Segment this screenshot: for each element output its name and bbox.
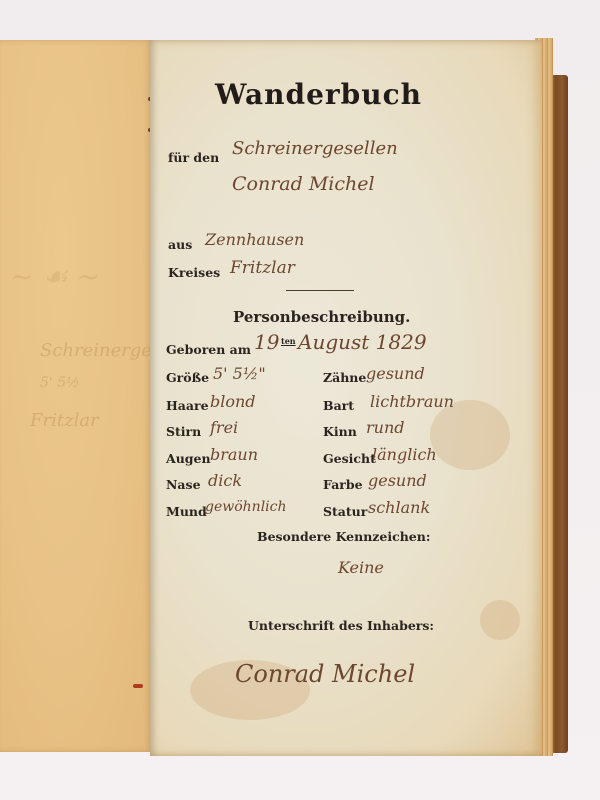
field-label-mund: Mund [166, 504, 207, 519]
left-page: ~ ☙ ~ Schreinergesellen 5' 5½ Fritzlar [0, 40, 153, 752]
field-label-kinn: Kinn [323, 424, 357, 439]
field-label-gesicht: Gesicht [323, 451, 376, 466]
field-value-groesse: 5' 5½" [213, 364, 266, 383]
ghost-text: Fritzlar [30, 410, 99, 431]
field-value-kinn: rund [366, 418, 405, 437]
kennzeichen-value: Keine [338, 558, 384, 577]
name-handwritten: Conrad Michel [232, 173, 375, 195]
geboren-label: Geboren am [166, 342, 251, 357]
birth-month-year: August 1829 [298, 330, 427, 354]
trade-handwritten: Schreinergesellen [232, 138, 398, 159]
field-label-augen: Augen [166, 451, 211, 466]
kennzeichen-label: Besondere Kennzeichen: [257, 529, 430, 544]
field-value-gesicht: länglich [372, 445, 437, 464]
field-label-zaehne: Zähne [323, 370, 366, 385]
ghost-ornament: ~ ☙ ~ [10, 260, 100, 293]
section-title: Personbeschreibung. [233, 308, 410, 326]
aus-label: aus [168, 237, 192, 252]
kreises-label: Kreises [168, 265, 220, 280]
fuer-den-label: für den [168, 150, 219, 165]
field-value-mund: gewöhnlich [205, 499, 287, 515]
ghost-text: 5' 5½ [40, 375, 80, 391]
field-value-zaehne: gesund [366, 364, 425, 383]
holder-signature: Conrad Michel [235, 660, 415, 688]
birth-day-suffix: ten [281, 336, 296, 346]
field-label-nase: Nase [166, 477, 201, 492]
field-label-statur: Statur [323, 504, 367, 519]
field-label-groesse: Größe [166, 370, 209, 385]
signature-label: Unterschrift des Inhabers: [248, 618, 434, 633]
field-value-haare: blond [210, 392, 256, 411]
kreises-handwritten: Fritzlar [230, 258, 295, 278]
birth-day: 19 [254, 330, 279, 354]
field-label-haare: Haare [166, 398, 209, 413]
aus-handwritten: Zennhausen [205, 230, 304, 249]
binding-stitch [133, 684, 143, 688]
field-value-farbe: gesund [368, 471, 427, 490]
field-label-bart: Bart [323, 398, 354, 413]
field-value-bart: lichtbraun [370, 392, 454, 411]
field-value-nase: dick [208, 471, 242, 490]
kreises-underline [286, 290, 354, 291]
field-value-statur: schlank [368, 498, 430, 517]
field-value-stirn: frei [210, 418, 238, 437]
field-label-stirn: Stirn [166, 424, 201, 439]
document-title: Wanderbuch [215, 78, 422, 111]
field-label-farbe: Farbe [323, 477, 363, 492]
field-value-augen: braun [210, 445, 258, 464]
